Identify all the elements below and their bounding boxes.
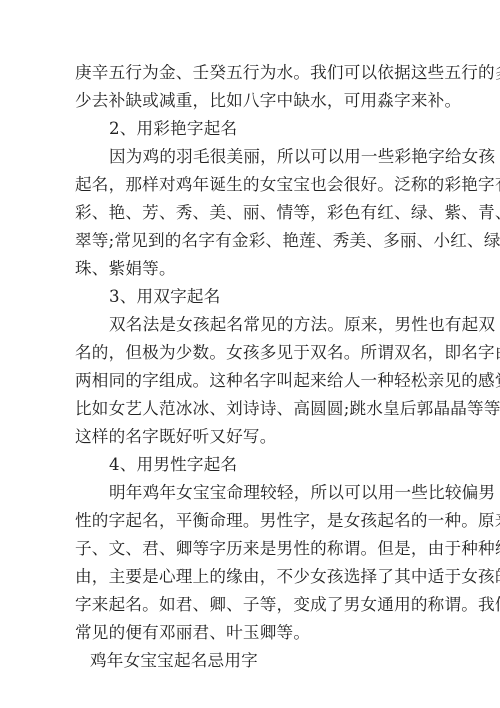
paragraph-line: 因为鸡的羽毛很美丽，所以可以用一些彩艳字给女孩 <box>75 143 427 171</box>
paragraph-line: 珠、紫娟等。 <box>75 255 427 283</box>
paragraph-line: 比如女艺人范冰冰、刘诗诗、高圆圆;跳水皇后郭晶晶等等。 <box>75 395 427 423</box>
paragraph-line: 这样的名字既好听又好写。 <box>75 423 427 451</box>
section-title: 鸡年女宝宝起名忌用字 <box>75 647 427 675</box>
paragraph-line: 双名法是女孩起名常见的方法。原来，男性也有起双 <box>75 311 427 339</box>
document-page: 庚辛五行为金、壬癸五行为水。我们可以依据这些五行的多 少去补缺或减重，比如八字中… <box>0 0 500 708</box>
paragraph-line: 子、文、君、卿等字历来是男性的称谓。但是，由于种种缘 <box>75 535 427 563</box>
paragraph-line: 翠等;常见到的名字有金彩、艳莲、秀美、多丽、小红、绿 <box>75 227 427 255</box>
paragraph-line: 起名，那样对鸡年诞生的女宝宝也会很好。泛称的彩艳字有 <box>75 171 427 199</box>
section-heading-3: 3、用双字起名 <box>75 283 427 311</box>
paragraph-line: 由，主要是心理上的缘由，不少女孩选择了其中适于女孩的 <box>75 563 427 591</box>
paragraph-line: 少去补缺或减重，比如八字中缺水，可用淼字来补。 <box>75 87 427 115</box>
paragraph-line: 字来起名。如君、卿、子等，变成了男女通用的称谓。我们 <box>75 591 427 619</box>
paragraph-line: 庚辛五行为金、壬癸五行为水。我们可以依据这些五行的多 <box>75 59 427 87</box>
document-body: 庚辛五行为金、壬癸五行为水。我们可以依据这些五行的多 少去补缺或减重，比如八字中… <box>75 59 427 675</box>
section-heading-2: 2、用彩艳字起名 <box>75 115 427 143</box>
paragraph-line: 常见的便有邓丽君、叶玉卿等。 <box>75 619 427 647</box>
section-heading-4: 4、用男性字起名 <box>75 451 427 479</box>
paragraph-line: 明年鸡年女宝宝命理较轻，所以可以用一些比较偏男 <box>75 479 427 507</box>
paragraph-line: 性的字起名，平衡命理。男性字，是女孩起名的一种。原来， <box>75 507 427 535</box>
paragraph-line: 两相同的字组成。这种名字叫起来给人一种轻松亲见的感觉， <box>75 367 427 395</box>
paragraph-line: 名的，但极为少数。女孩多见于双名。所谓双名，即名字由 <box>75 339 427 367</box>
paragraph-line: 彩、艳、芳、秀、美、丽、情等，彩色有红、绿、紫、青、 <box>75 199 427 227</box>
